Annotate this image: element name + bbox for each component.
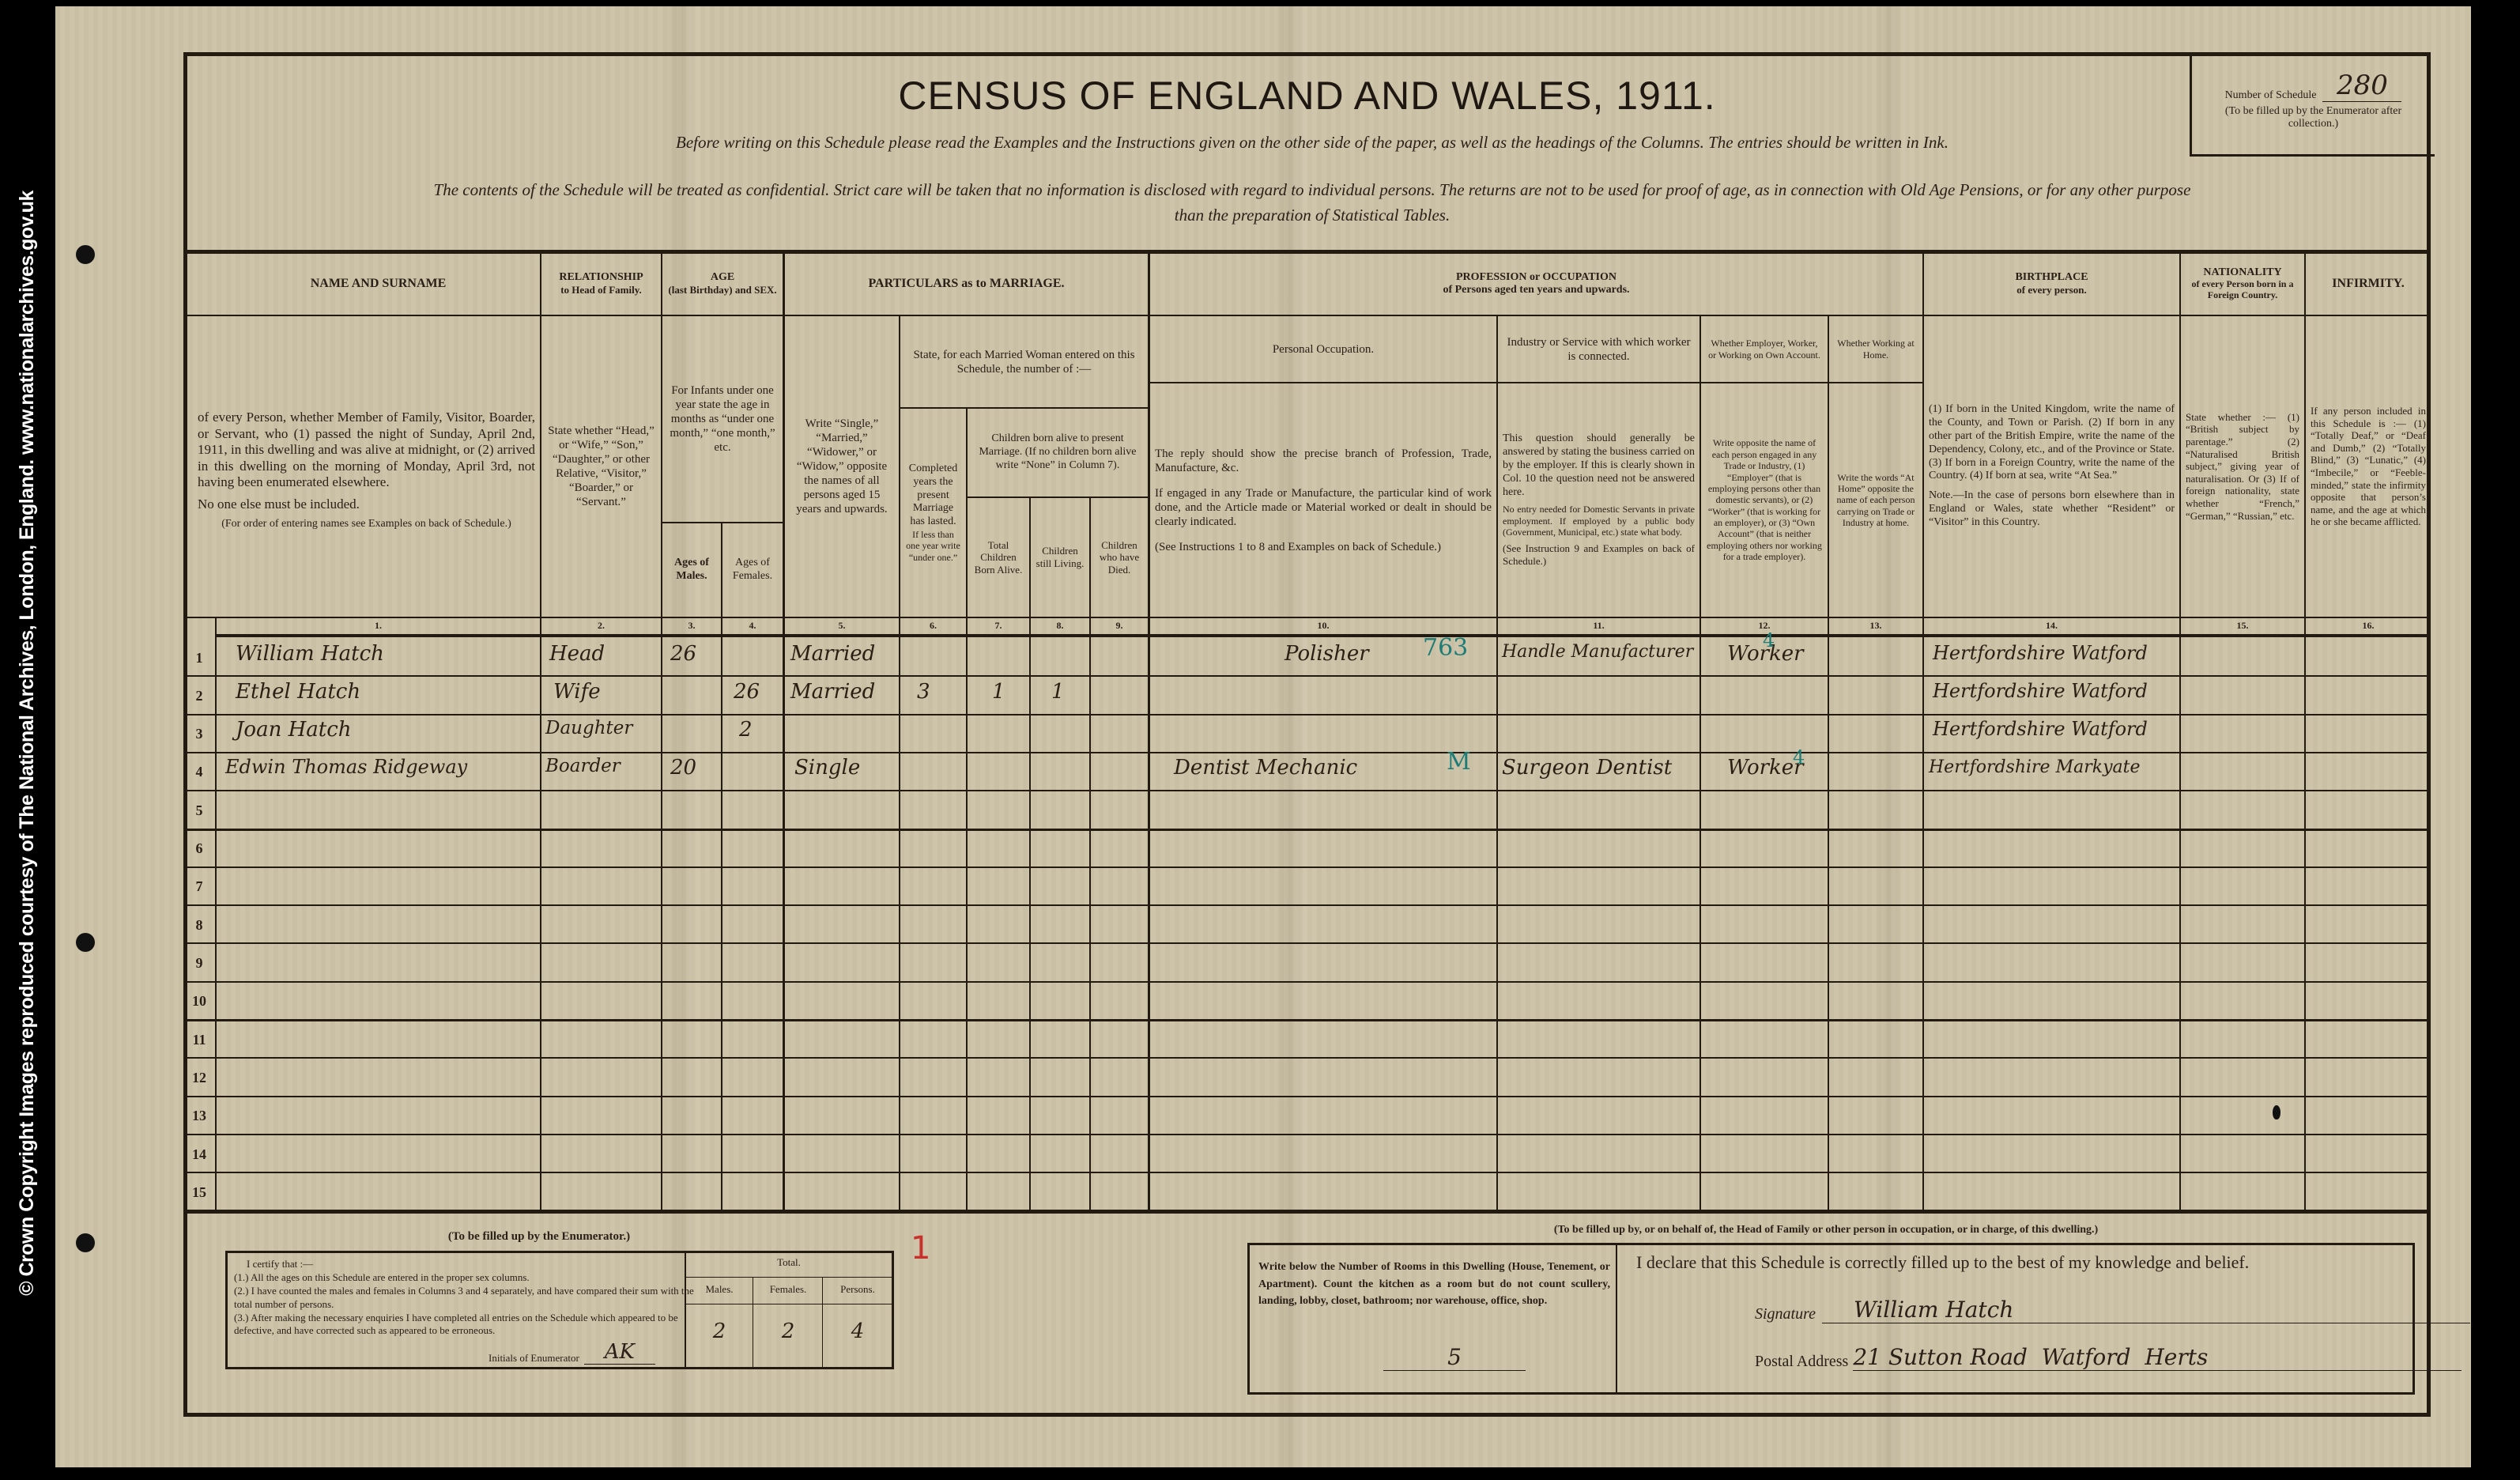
header-occupation-sub: of Persons aged ten years and upwards. — [1443, 284, 1629, 296]
cell-employer-code: 4 — [1793, 746, 1805, 768]
subheader-rule — [183, 617, 2431, 618]
enumerator-item-2: (2.) I have counted the males and female… — [234, 1285, 708, 1312]
row-number: 7 — [183, 878, 215, 895]
row-rule — [183, 942, 2431, 944]
page-title: CENSUS OF ENGLAND AND WALES, 1911. — [183, 73, 2431, 119]
header-nationality-title: NATIONALITY — [2203, 266, 2281, 279]
desc-personal-occupation: The reply should show the precise branch… — [1150, 383, 1496, 617]
desc-home-title: Whether Working at Home. — [1829, 316, 1922, 382]
column-number: 9. — [1091, 620, 1148, 632]
cell-birthplace[interactable]: Hertfordshire Watford — [1933, 718, 2148, 740]
column-number: 11. — [1498, 620, 1699, 632]
postal-address-value[interactable]: 21 Sutton Road Watford Herts — [1853, 1344, 2462, 1371]
desc-name-note: No one else must be included. — [198, 496, 535, 512]
header-relationship-title: RELATIONSHIP — [559, 271, 643, 284]
header-infirmity: INFIRMITY. — [2306, 253, 2431, 315]
row-number: 9 — [183, 955, 215, 972]
cell-name[interactable]: William Hatch — [236, 642, 384, 666]
header-age: AGE (last Birthday) and SEX. — [662, 253, 783, 315]
row-number: 4 — [183, 764, 215, 780]
enumerator-initials-row: Initials of Enumerator AK — [489, 1340, 655, 1365]
row-rule — [183, 904, 2431, 906]
desc-personal-occupation-2: If engaged in any Trade or Manufacture, … — [1155, 486, 1492, 529]
row-rule — [183, 675, 2431, 677]
desc-age: For Infants under one year state the age… — [662, 316, 783, 522]
desc-marriage-years-text: Completed years the present Marriage has… — [905, 462, 961, 529]
cell-name[interactable]: Ethel Hatch — [236, 680, 360, 704]
row-rule — [183, 1172, 2431, 1173]
enumerator-item-1: (1.) All the ages on this Schedule are e… — [234, 1271, 708, 1285]
desc-industry-text: This question should generally be answer… — [1503, 432, 1695, 499]
desc-name-text: of every Person, whether Member of Famil… — [198, 410, 535, 490]
enumerator-certification: I certify that :— (1.) All the ages on t… — [234, 1258, 708, 1338]
signature-row: Signature William Hatch — [1755, 1297, 2470, 1323]
totals-divider — [753, 1277, 753, 1367]
column-number: 15. — [2181, 620, 2304, 632]
desc-age-females: Ages of Females. — [722, 523, 783, 617]
column-number: 13. — [1829, 620, 1922, 632]
punch-hole — [76, 245, 95, 264]
declaration-text: I declare that this Schedule is correctl… — [1636, 1252, 2395, 1273]
instruction-line-2: The contents of the Schedule will be tre… — [206, 180, 2419, 200]
totals-rule — [686, 1277, 892, 1278]
cell-birthplace[interactable]: Hertfordshire Markyate — [1929, 757, 2140, 777]
row-rule — [183, 1134, 2431, 1135]
instruction-line-1: Before writing on this Schedule please r… — [443, 133, 2182, 153]
cell-marital-status[interactable]: Married — [790, 642, 875, 666]
totals-females[interactable]: 2 — [770, 1320, 806, 1343]
cell-relationship[interactable]: Wife — [553, 680, 601, 704]
cell-name[interactable]: Joan Hatch — [236, 718, 352, 742]
header-relationship-sub: to Head of Family. — [560, 285, 642, 296]
desc-industry: This question should generally be answer… — [1498, 383, 1699, 617]
schedule-number-value[interactable]: 280 — [2322, 70, 2401, 102]
row-number: 1 — [183, 650, 215, 666]
desc-home: Write the words “At Home” opposite the n… — [1829, 383, 1922, 617]
row-number: 2 — [183, 688, 215, 704]
header-nationality: NATIONALITY of every Person born in a Fo… — [2181, 253, 2304, 315]
enumerator-initials[interactable]: AK — [584, 1340, 655, 1365]
row-number: 11 — [183, 1032, 215, 1048]
rooms-instruction: Write below the Number of Rooms in this … — [1258, 1259, 1610, 1310]
desc-children: Children born alive to present Marriage.… — [968, 409, 1148, 496]
column-number: 4. — [722, 620, 783, 632]
row-rule — [183, 714, 2431, 715]
column-number: 1. — [217, 620, 540, 632]
column-number: 5. — [785, 620, 899, 632]
ink-blot — [2273, 1105, 2280, 1119]
head-section-heading: (To be filled up by, or on behalf of, th… — [1233, 1224, 2419, 1236]
table-bottom-rule — [183, 1210, 2431, 1214]
row-number: 13 — [183, 1108, 215, 1124]
cell-age-male[interactable]: 26 — [670, 642, 696, 666]
cell-children-total[interactable]: 1 — [992, 680, 1005, 704]
cell-occupation[interactable]: Dentist Mechanic — [1174, 756, 1357, 780]
header-birthplace-title: BIRTHPLACE — [2015, 271, 2088, 284]
desc-birthplace-note: Note.—In the case of persons born elsewh… — [1929, 489, 2175, 529]
cell-occupation[interactable]: Polisher — [1285, 642, 1369, 666]
totals-persons[interactable]: 4 — [839, 1320, 876, 1343]
row-number: 8 — [183, 917, 215, 934]
row-number: 15 — [183, 1184, 215, 1201]
totals-divider — [685, 1253, 686, 1367]
column-number: 14. — [1924, 620, 2179, 632]
signature-label: Signature — [1755, 1305, 1816, 1323]
schedule-number-label: Number of Schedule — [2225, 89, 2317, 102]
cell-children-living[interactable]: 1 — [1051, 680, 1065, 704]
head-section-divider — [1616, 1245, 1617, 1392]
totals-label: Total. — [686, 1256, 892, 1269]
copyright-notice: © Crown Copyright Images reproduced cour… — [16, 111, 47, 1376]
desc-relationship: State whether “Head,” or “Wife,” “Son,” … — [541, 316, 661, 617]
cell-marital-status[interactable]: Single — [794, 756, 860, 780]
row-number: 14 — [183, 1146, 215, 1163]
totals-males-label: Males. — [686, 1283, 753, 1296]
header-birthplace-sub: of every person. — [2016, 285, 2086, 296]
enumerator-initials-label: Initials of Enumerator — [489, 1352, 579, 1365]
desc-personal-occupation-note: (See Instructions 1 to 8 and Examples on… — [1155, 540, 1492, 554]
header-nationality-sub: of every Person born in a Foreign Countr… — [2184, 279, 2301, 301]
cell-occupation-code: 763 — [1423, 634, 1468, 662]
cell-birthplace[interactable]: Hertfordshire Watford — [1933, 680, 2148, 702]
desc-industry-note-2: (See Instruction 9 and Examples on back … — [1503, 542, 1695, 567]
col-divider — [215, 617, 217, 1211]
enumerator-box: I certify that :— (1.) All the ages on t… — [225, 1251, 894, 1369]
desc-marriage-years-note: If less than one year write “under one.” — [905, 529, 961, 563]
desc-birthplace: (1) If born in the United Kingdom, write… — [1924, 316, 2179, 617]
cell-relationship[interactable]: Boarder — [545, 756, 621, 776]
column-number: 16. — [2306, 620, 2431, 632]
schedule-number-note: (To be filled up by the Enumerator after… — [2192, 105, 2435, 130]
desc-industry-note: No entry needed for Domestic Servants in… — [1503, 504, 1695, 538]
column-number: 7. — [968, 620, 1029, 632]
desc-employer-title: Whether Employer, Worker, or Working on … — [1701, 316, 1828, 382]
desc-industry-title: Industry or Service with which worker is… — [1498, 316, 1699, 382]
row-number: 3 — [183, 726, 215, 742]
cell-marriage-years[interactable]: 3 — [917, 680, 930, 704]
enumerator-certify-label: I certify that :— — [234, 1258, 708, 1271]
header-name: NAME AND SURNAME — [217, 253, 540, 315]
enumerator-item-3: (3.) After making the necessary enquirie… — [234, 1312, 708, 1338]
header-age-sub: (last Birthday) and SEX. — [668, 285, 776, 296]
row-rule — [183, 1019, 2431, 1021]
desc-infirmity: If any person included in this Schedule … — [2306, 316, 2431, 617]
cell-age-female[interactable]: 2 — [739, 718, 753, 742]
cell-relationship[interactable]: Head — [549, 642, 605, 666]
row-number: 10 — [183, 993, 215, 1010]
totals-divider — [822, 1277, 823, 1367]
desc-name: of every Person, whether Member of Famil… — [193, 324, 540, 617]
cell-marital-status[interactable]: Married — [790, 680, 875, 704]
column-number: 10. — [1150, 620, 1496, 632]
cell-industry[interactable]: Surgeon Dentist — [1502, 756, 1672, 780]
schedule-number-box: Number of Schedule 280 (To be filled up … — [2190, 54, 2435, 157]
signature-value[interactable]: William Hatch — [1822, 1297, 2470, 1323]
header-relationship: RELATIONSHIP to Head of Family. — [541, 253, 661, 315]
row-rule — [183, 866, 2431, 868]
punch-hole — [76, 933, 95, 952]
cell-birthplace[interactable]: Hertfordshire Watford — [1933, 642, 2148, 664]
row-rule — [183, 1057, 2431, 1059]
cell-age-female[interactable]: 26 — [734, 680, 760, 704]
desc-marriage-years: Completed years the present Marriage has… — [900, 409, 966, 617]
desc-birthplace-text: (1) If born in the United Kingdom, write… — [1929, 403, 2175, 483]
desc-nationality: State whether :— (1) “British subject by… — [2181, 316, 2304, 617]
desc-children-died: Children who have Died. — [1091, 498, 1148, 617]
header-age-title: AGE — [711, 271, 734, 284]
row-number: 12 — [183, 1070, 215, 1086]
cell-occupation-code: M — [1447, 748, 1471, 776]
cell-relationship[interactable]: Daughter — [545, 718, 632, 738]
row-number: 6 — [183, 840, 215, 857]
desc-marital-status: Write “Single,” “Married,” “Widower,” or… — [785, 316, 899, 617]
desc-personal-occupation-1: The reply should show the precise branch… — [1155, 447, 1492, 475]
cell-name[interactable]: Edwin Thomas Ridgeway — [225, 756, 467, 778]
column-number: 3. — [662, 620, 721, 632]
desc-name-order: (For order of entering names see Example… — [198, 518, 535, 531]
header-occupation-title: PROFESSION or OCCUPATION — [1456, 271, 1616, 284]
red-check-mark: 1 — [911, 1230, 930, 1267]
instruction-line-3: than the preparation of Statistical Tabl… — [206, 206, 2419, 225]
enumerator-heading: (To be filled up by the Enumerator.) — [183, 1230, 895, 1244]
cell-industry[interactable]: Handle Manufacturer — [1502, 642, 1693, 662]
row-rule — [183, 1096, 2431, 1097]
totals-females-label: Females. — [754, 1283, 822, 1296]
desc-age-males: Ages of Males. — [662, 523, 721, 617]
punch-hole — [76, 1233, 95, 1252]
header-occupation: PROFESSION or OCCUPATION of Persons aged… — [1150, 253, 1922, 315]
totals-rule — [686, 1304, 892, 1304]
postal-address-row: Postal Address 21 Sutton Road Watford He… — [1755, 1344, 2462, 1371]
row-number: 5 — [183, 802, 215, 819]
desc-employer: Write opposite the name of each person e… — [1701, 383, 1828, 617]
column-number: 2. — [541, 620, 661, 632]
column-number: 6. — [900, 620, 966, 632]
row-rule — [183, 790, 2431, 791]
header-birthplace: BIRTHPLACE of every person. — [1924, 253, 2179, 315]
header-marriage: PARTICULARS as to MARRIAGE. — [785, 253, 1148, 315]
column-number: 8. — [1031, 620, 1089, 632]
cell-employer-code: 4 — [1763, 629, 1775, 651]
desc-children-total: Total Children Born Alive. — [968, 498, 1029, 617]
postal-address-label: Postal Address — [1755, 1353, 1848, 1371]
row-rule — [183, 752, 2431, 753]
desc-personal-occupation-title: Personal Occupation. — [1150, 316, 1496, 382]
cell-age-male[interactable]: 20 — [670, 756, 696, 780]
column-number-rule — [215, 634, 2431, 637]
totals-persons-label: Persons. — [824, 1283, 892, 1296]
desc-children-living: Children still Living. — [1031, 498, 1089, 617]
row-rule — [183, 829, 2431, 831]
row-rule — [183, 981, 2431, 983]
totals-males[interactable]: 2 — [702, 1320, 737, 1343]
desc-married-woman: State, for each Married Woman entered on… — [900, 316, 1148, 407]
rooms-count[interactable]: 5 — [1383, 1344, 1526, 1371]
